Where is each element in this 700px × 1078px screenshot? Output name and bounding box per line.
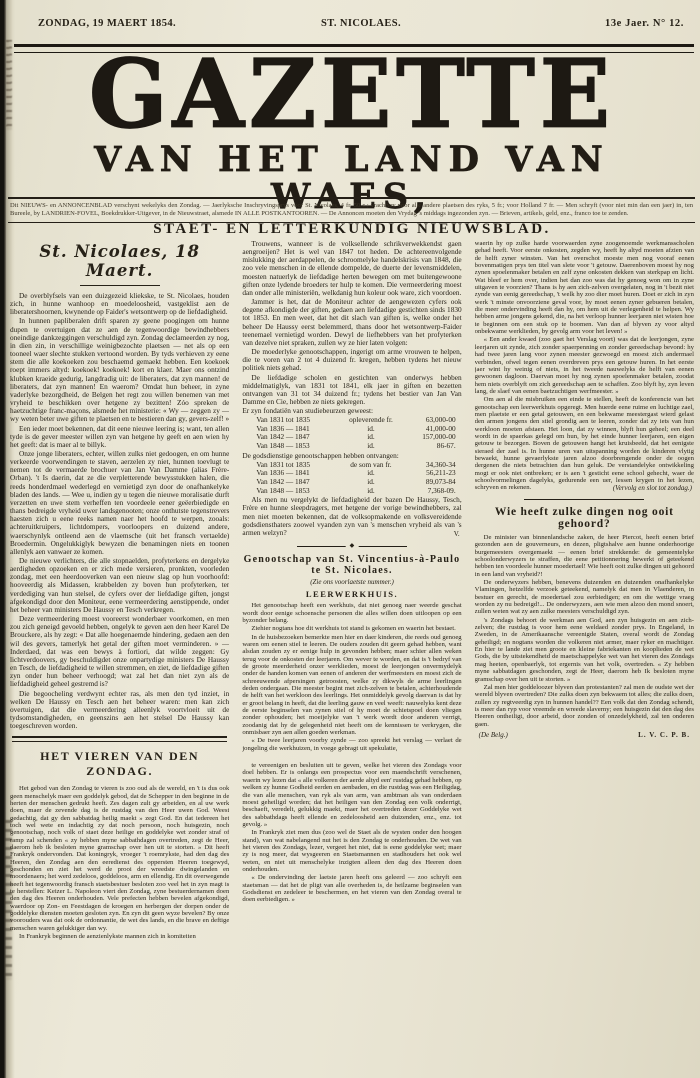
imprint-notice: Dit NIEUWS- en ANNONCENBLAD verschynt we…	[8, 197, 695, 223]
signature-row: (De Belg.)L. V. C. P. B.	[475, 731, 694, 739]
paragraph: Er zyn fondatiën van studiebeurzen gewee…	[242, 407, 461, 415]
paragraph: Trouwens, wanneer is de volksellende sch…	[242, 240, 461, 297]
column-2: Trouwens, wanneer is de volksellende sch…	[242, 240, 461, 1078]
paragraph: waerin hy op zulke harde voorwaerden zyn…	[475, 240, 694, 335]
paragraph: Ziehier nogtans hoe dit werkhuis tot sta…	[242, 625, 461, 632]
author-initials: L. V. C. P. B.	[638, 731, 690, 739]
figures-table: Van 1831 tot 1835de som van fr.34,360-34…	[242, 461, 461, 495]
paragraph: In Frankryk ziet men dus (zoo wel de Sta…	[242, 829, 461, 873]
masthead-tagline: STAET- EN LETTERKUNDIG NIEUWSBLAD.	[10, 221, 694, 238]
paragraph: « De twee leerjaren voorby zynde — zoo s…	[242, 737, 461, 752]
paragraph: In de huisbezoeken bemerkte men hier en …	[242, 634, 461, 737]
masthead-title: GAZETTE	[10, 47, 694, 141]
table-row: Van 1848 — 1853id.86-67.	[256, 442, 461, 451]
paragraph: Onze jonge liberaters, echter, willen zu…	[10, 450, 229, 556]
paragraph: Jammer is het, dat de Moniteur achter de…	[242, 298, 461, 347]
paragraph: Het gebod van den Zondag te vieren is zo…	[10, 785, 229, 932]
paragraph: De liefdadige scholen en gestichten van …	[242, 374, 461, 407]
dateline-heading: St. Nicolaes, 18 Maert.	[10, 242, 229, 286]
article-subheading: LEERWERKHUIS.	[242, 589, 461, 599]
paragraph: Die begoocheling verdwynt echter ras, al…	[10, 690, 229, 731]
issue-info-bar: ZONDAG, 19 MAERT 1854. ST. NICOLAES. 13e…	[38, 18, 684, 29]
column-3: waerin hy op zulke harde voorwaerden zyn…	[475, 240, 694, 1078]
article-subnote: (Zie ons voorlaetste nummer.)	[242, 578, 461, 586]
section-divider	[524, 499, 644, 500]
paragraph: te vereenigen en besluiten uit te geven,…	[242, 762, 461, 828]
issue-place: ST. NICOLAES.	[321, 18, 401, 29]
column-gap	[242, 753, 461, 762]
article-heading: Wie heeft zulke dingen nog ooit gehoord?	[475, 506, 694, 530]
paragraph: De moederlyke genootschappen, ingerigt o…	[242, 348, 461, 372]
columns: St. Nicolaes, 18 Maert.De overblyfsels v…	[10, 240, 694, 1078]
paragraph: Om aen al die misbruiken een einde te st…	[475, 396, 694, 491]
table-cell: Van 1848 — 1853	[256, 487, 344, 496]
table-cell: 86-67.	[398, 442, 462, 451]
issue-date: ZONDAG, 19 MAERT 1854.	[38, 18, 176, 29]
paragraph: 's Zondags behoort de werkman aen God, a…	[475, 617, 694, 683]
table-cell: id.	[344, 442, 398, 451]
section-divider	[12, 736, 227, 742]
table-cell: 7,368-09.	[398, 487, 462, 496]
table-cell: id.	[344, 487, 398, 496]
column-1: St. Nicolaes, 18 Maert.De overblyfsels v…	[10, 240, 229, 1078]
paragraph: De overblyfsels van een duizgezeid kliek…	[10, 292, 229, 316]
source-credit: (De Belg.)	[479, 731, 508, 739]
paragraph: De onderwyzers hebben, benevens duizende…	[475, 579, 694, 616]
paragraph: « Een ander kwaed (zoo gaet het Verslag …	[475, 336, 694, 395]
article-heading: Genootschap van St. Vincentius-à-Paulo t…	[242, 554, 461, 576]
table-cell: Van 1848 — 1853	[256, 442, 344, 451]
ornament-divider	[297, 543, 407, 549]
paragraph: De godsdienstige genootschappen hebben o…	[242, 452, 461, 460]
paragraph: Deze vermeerdering moest vooreerst wonde…	[10, 615, 229, 688]
issue-number: 13e Jaer. N° 12.	[605, 18, 684, 29]
article-heading: HET VIEREN VAN DEN ZONDAG.	[10, 749, 229, 779]
newspaper-page: ZONDAG, 19 MAERT 1854. ST. NICOLAES. 13e…	[0, 0, 700, 1078]
paragraph: In hunnen papliberalen drift sparen zy g…	[10, 317, 229, 423]
paragraph: Een ieder moet bekennen, dat dit eene ni…	[10, 425, 229, 449]
paragraph: Het genootschap heeft een werkhuis, dat …	[242, 602, 461, 624]
table-row: Van 1848 — 1853id.7,368-09.	[256, 487, 461, 496]
paragraph: « De ondervinding der laetste jaren heef…	[242, 874, 461, 903]
paragraph: De minister van binnenlandsche zaken, de…	[475, 534, 694, 578]
paragraph: Zal men hier goddeloozer blyven dan prot…	[475, 684, 694, 728]
paragraph: In Frankryk beginnen de aenzienlykste ma…	[10, 933, 229, 940]
figures-table: Van 1831 tot 1835opleverende fr.63,000-0…	[242, 416, 461, 450]
paragraph: De nieuwe verlichters, die alle stopnael…	[10, 557, 229, 614]
